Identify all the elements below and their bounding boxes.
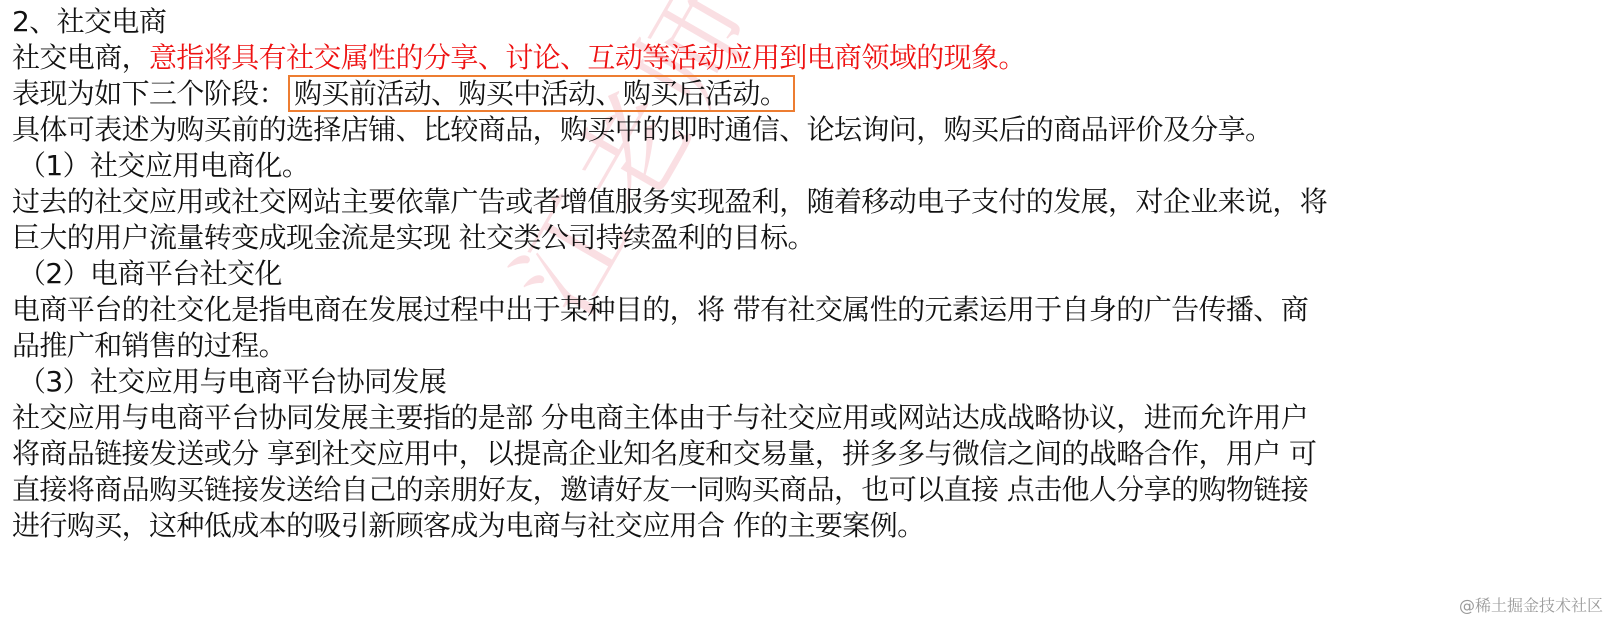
source-credit: @稀土掘金技术社区 bbox=[1459, 593, 1603, 616]
paragraph-line: 过去的社交应用或社交网站主要依靠广告或者增值服务实现盈利，随着移动电子支付的发展… bbox=[12, 184, 1602, 220]
paragraph-line: 直接将商品购买链接发送给自己的亲朋好友，邀请好友一同购买商品，也可以直接 点击他… bbox=[12, 472, 1602, 508]
paragraph-line: 进行购买，这种低成本的吸引新顾客成为电商与社交应用合 作的主要案例。 bbox=[12, 508, 1602, 544]
subsection-title-3: （3）社交应用与电商平台协同发展 bbox=[12, 364, 1602, 400]
stages-line: 表现为如下三个阶段：购买前活动、购买中活动、购买后活动。 bbox=[12, 76, 1602, 112]
document-page: 2、社交电商 社交电商，意指将具有社交属性的分享、讨论、互动等活动应用到电商领域… bbox=[12, 4, 1602, 544]
stages-boxed-text: 购买前活动、购买中活动、购买后活动。 bbox=[288, 75, 795, 112]
subsection-title-2: （2）电商平台社交化 bbox=[12, 256, 1602, 292]
definition-highlight: 意指将具有社交属性的分享、讨论、互动等活动应用到电商领域的现象。 bbox=[149, 41, 1026, 74]
paragraph-line: 巨大的用户流量转变成现金流是实现 社交类公司持续盈利的目标。 bbox=[12, 220, 1602, 256]
definition-prefix: 社交电商， bbox=[12, 41, 149, 74]
section-heading: 2、社交电商 bbox=[12, 4, 1602, 40]
stages-prefix: 表现为如下三个阶段： bbox=[12, 77, 286, 110]
stages-detail: 具体可表述为购买前的选择店铺、比较商品，购买中的即时通信、论坛询问，购买后的商品… bbox=[12, 112, 1602, 148]
definition-line: 社交电商，意指将具有社交属性的分享、讨论、互动等活动应用到电商领域的现象。 bbox=[12, 40, 1602, 76]
subsection-title-1: （1）社交应用电商化。 bbox=[12, 148, 1602, 184]
paragraph-line: 品推广和销售的过程。 bbox=[12, 328, 1602, 364]
paragraph-line: 社交应用与电商平台协同发展主要指的是部 分电商主体由于与社交应用或网站达成战略协… bbox=[12, 400, 1602, 436]
paragraph-line: 电商平台的社交化是指电商在发展过程中出于某种目的，将 带有社交属性的元素运用于自… bbox=[12, 292, 1602, 328]
paragraph-line: 将商品链接发送或分 享到社交应用中，以提高企业知名度和交易量，拼多多与微信之间的… bbox=[12, 436, 1602, 472]
